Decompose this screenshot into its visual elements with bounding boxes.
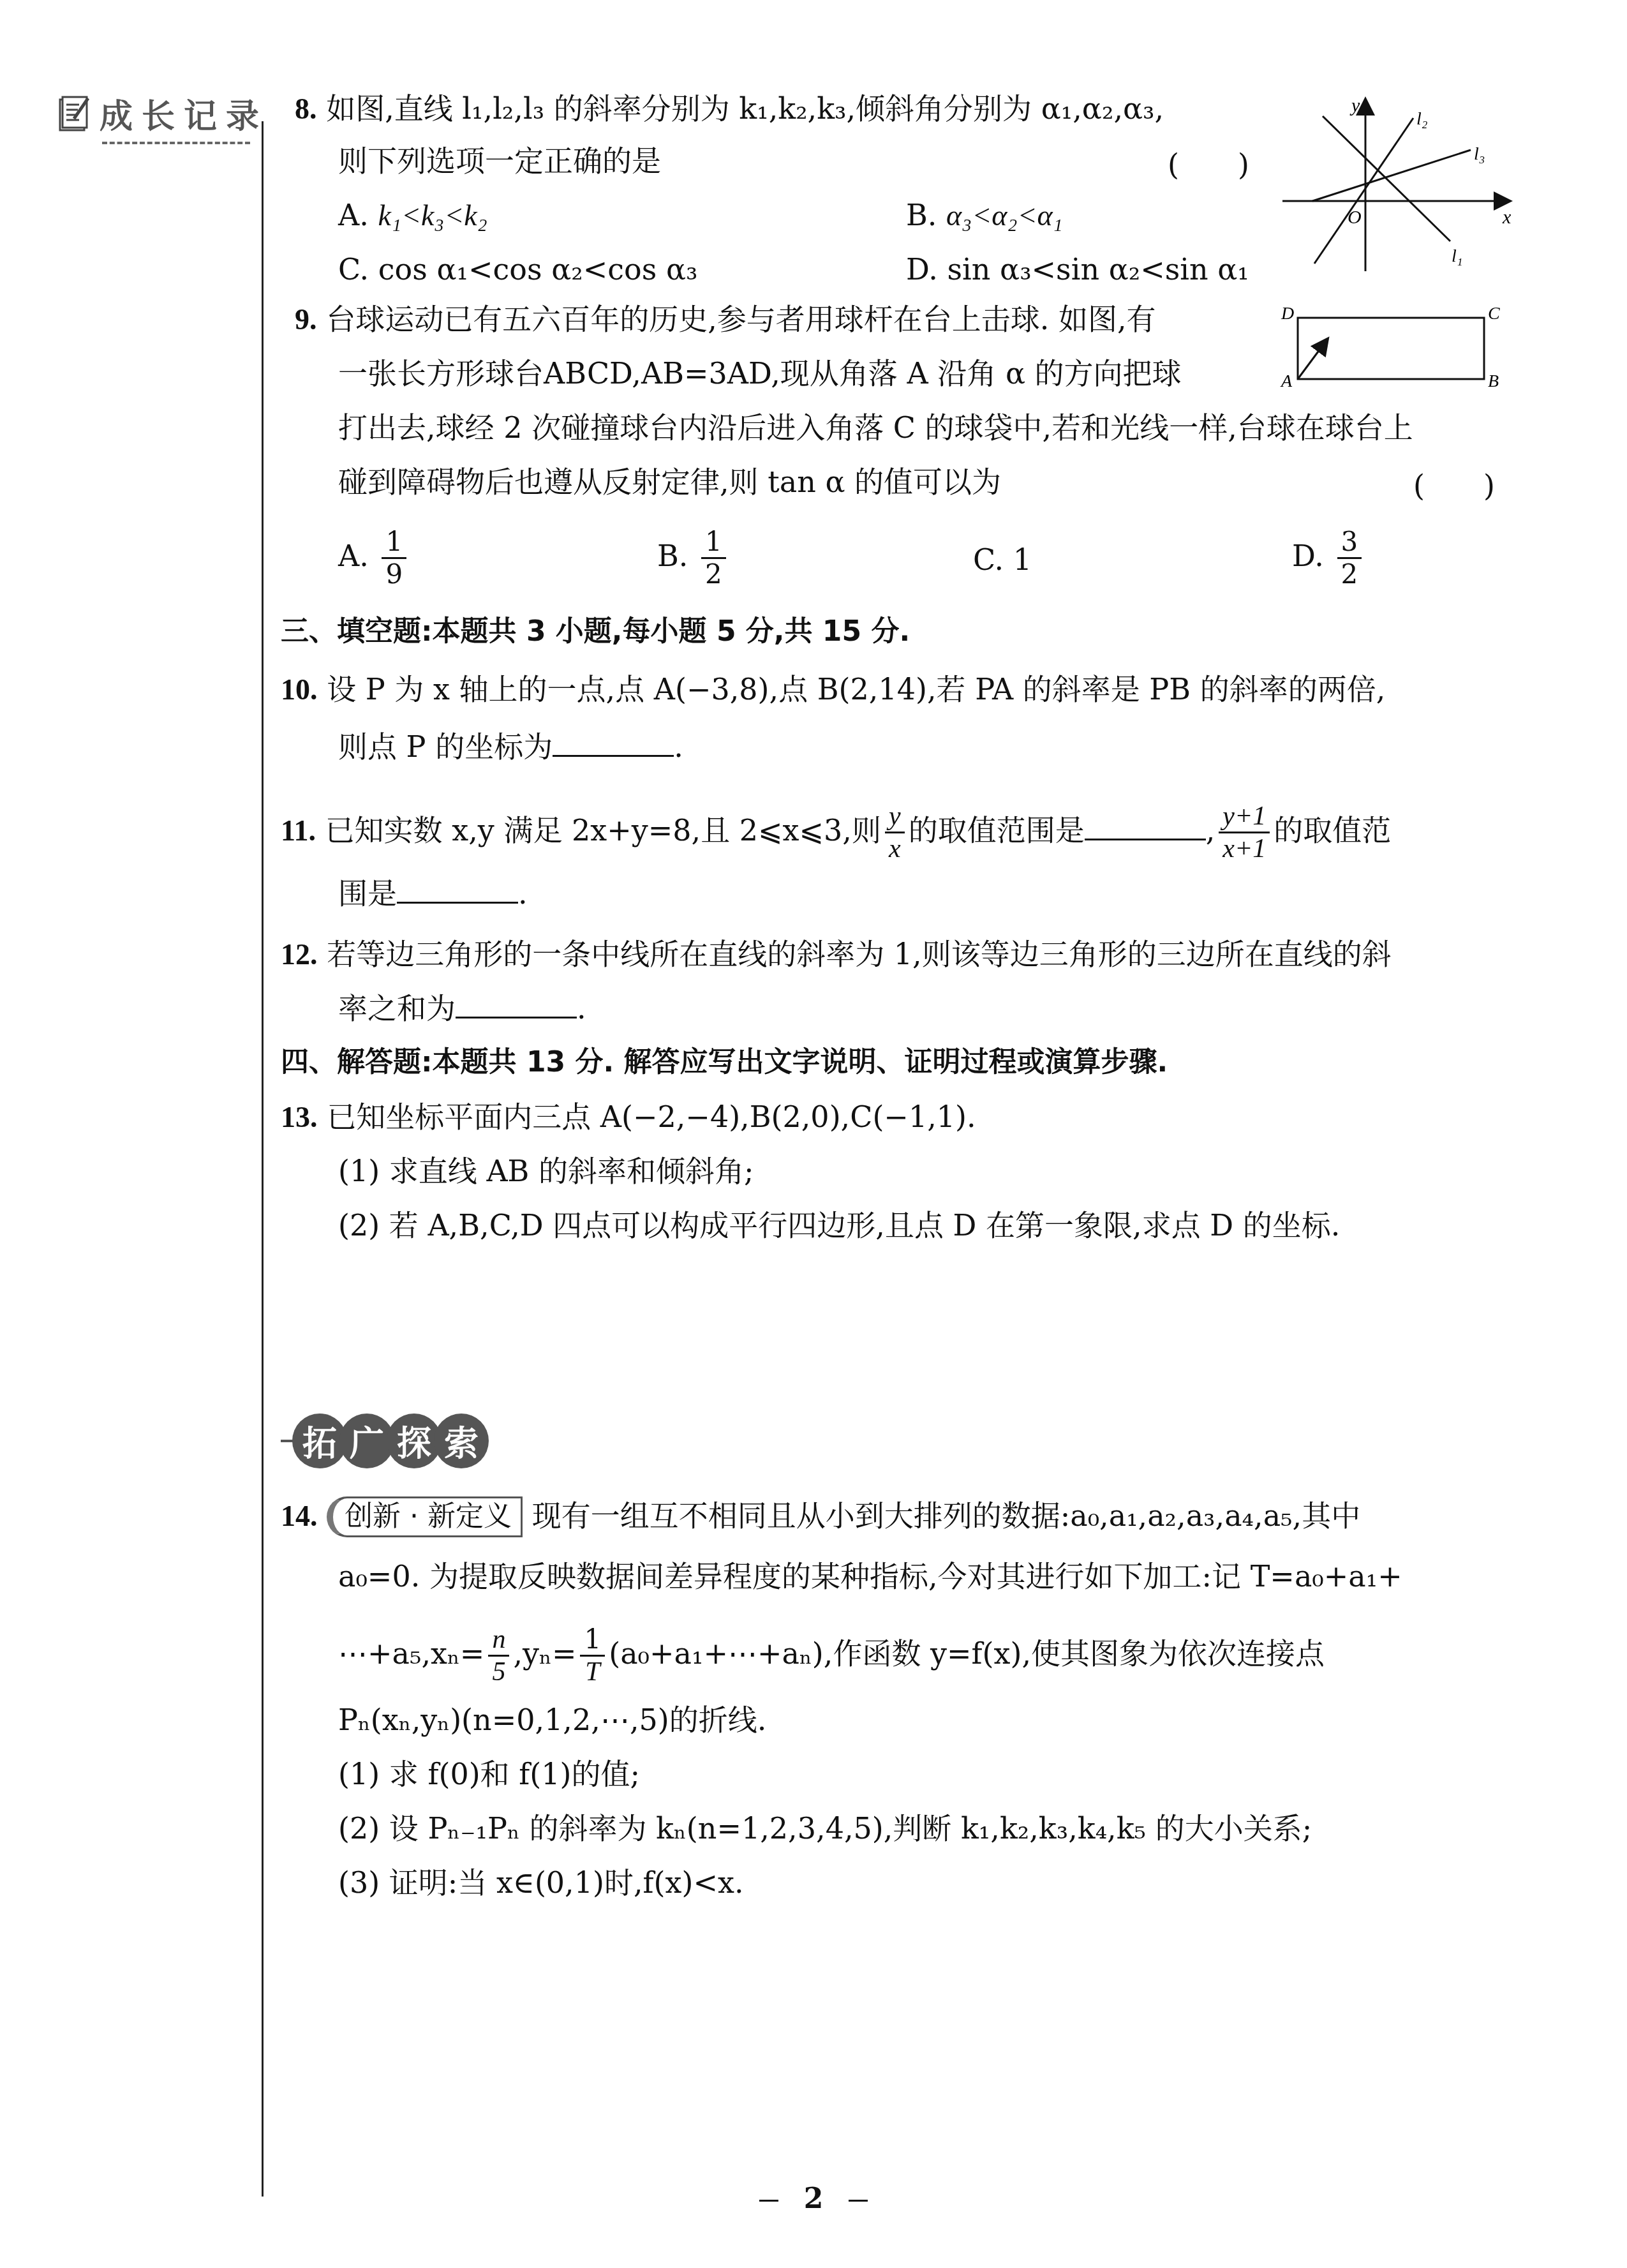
slope-lines-figure: y x O l₁ l₂ l₃ <box>1282 93 1525 278</box>
option-b: B. 12 <box>657 526 730 590</box>
x-label: x <box>1502 207 1512 228</box>
table-rect <box>1298 318 1484 379</box>
answer-blank-1[interactable] <box>1085 813 1206 840</box>
option-d: D. sin α₃<sin α₂<sin α₁ <box>906 252 1249 287</box>
l1-label: l₁ <box>1452 246 1463 266</box>
corner-c-label: C <box>1488 304 1500 324</box>
question-14-line-1: 14. 创新 · 新定义 现有一组互不相同且从小到大排列的数据:a₀,a₁,a₂… <box>281 1496 1360 1537</box>
question-text: 如图,直线 l₁,l₂,l₃ 的斜率分别为 k₁,k₂,k₃,倾斜角分别为 α₁… <box>326 91 1164 126</box>
section-heading-fill-in: 三、填空题:本题共 3 小题,每小题 5 分,共 15 分. <box>281 613 910 651</box>
corner-d-label: D <box>1281 304 1294 324</box>
line-l3 <box>1312 150 1471 201</box>
option-b: B. α₃<α₂<α₁ <box>906 198 1063 232</box>
option-a: A. 19 <box>338 526 410 590</box>
question-13-part-1: (1) 求直线 AB 的斜率和倾斜角; <box>338 1152 754 1190</box>
sidebar-title: 成长记录 <box>100 89 268 137</box>
answer-blank[interactable] <box>553 729 674 757</box>
answer-blank[interactable] <box>456 991 577 1018</box>
option-c: C. 1 <box>973 542 1032 577</box>
question-14-line-2: a₀=0. 为提取反映数据间差异程度的某种指标,今对其进行如下加工:记 T=a₀… <box>338 1557 1402 1595</box>
question-14-part-1: (1) 求 f(0)和 f(1)的值; <box>338 1755 640 1793</box>
answer-parentheses[interactable]: ( ) <box>1413 463 1495 505</box>
l3-label: l₃ <box>1474 144 1485 164</box>
corner-a-label: A <box>1280 371 1293 389</box>
section-banner-extension: 拓 广 探 索 <box>281 1414 489 1468</box>
option-a: A. k₁<k₃<k₂ <box>338 198 487 232</box>
section-heading-solutions: 四、解答题:本题共 13 分. 解答应写出文字说明、证明过程或演算步骤. <box>281 1043 1168 1082</box>
sidebar-header: 成长记录 <box>57 89 268 137</box>
origin-label: O <box>1348 207 1362 228</box>
option-d: D. 32 <box>1292 526 1365 590</box>
option-c: C. cos α₁<cos α₂<cos α₃ <box>338 252 697 287</box>
question-9-line-4: 碰到障碍物后也遵从反射定律,则 tan α 的值可以为 <box>338 463 1001 501</box>
question-9-line-2: 一张长方形球台ABCD,AB=3AD,现从角落 A 沿角 α 的方向把球 <box>338 354 1182 392</box>
question-14-part-3: (3) 证明:当 x∈(0,1)时,f(x)<x. <box>338 1863 744 1902</box>
question-14-part-2: (2) 设 Pₙ₋₁Pₙ 的斜率为 kₙ(n=1,2,3,4,5),判断 k₁,… <box>338 1809 1312 1847</box>
question-11-line-1: 11. 已知实数 x,y 满足 2x+y=8,且 2⩽x⩽3,则yx的取值范围是… <box>281 801 1391 864</box>
question-9-line-3: 打出去,球经 2 次碰撞球台内沿后进入角落 C 的球袋中,若和光线一样,台球在球… <box>338 408 1413 447</box>
corner-b-label: B <box>1488 371 1499 389</box>
sidebar-title-underline <box>102 142 250 144</box>
question-12-line-1: 12. 若等边三角形的一条中线所在直线的斜率为 1,则该等边三角形的三边所在直线… <box>281 935 1392 974</box>
question-13-line-1: 13. 已知坐标平面内三点 A(−2,−4),B(2,0),C(−1,1). <box>281 1098 976 1137</box>
question-10-line-1: 10. 设 P 为 x 轴上的一点,点 A(−3,8),点 B(2,14),若 … <box>281 670 1385 709</box>
question-11-line-2: 围是. <box>338 874 528 913</box>
question-number: 8. <box>295 93 317 125</box>
answer-blank-2[interactable] <box>397 876 518 904</box>
l2-label: l₂ <box>1416 109 1428 129</box>
question-10-line-2: 则点 P 的坐标为. <box>338 727 683 766</box>
shot-arrow <box>1298 339 1327 379</box>
notebook-pencil-icon <box>57 94 96 133</box>
question-12-line-2: 率之和为. <box>338 989 586 1027</box>
page-number: 2 <box>0 2182 1627 2215</box>
innovation-tag: 创新 · 新定义 <box>327 1496 523 1537</box>
billiard-table-figure: D C A B <box>1276 300 1519 389</box>
y-label: y <box>1349 95 1360 116</box>
question-8-line-1: 8. 如图,直线 l₁,l₂,l₃ 的斜率分别为 k₁,k₂,k₃,倾斜角分别为… <box>295 89 1164 128</box>
question-text: 台球运动已有五六百年的历史,参与者用球杆在台上击球. 如图,有 <box>326 302 1156 336</box>
question-number: 9. <box>295 303 317 336</box>
question-13-part-2: (2) 若 A,B,C,D 四点可以构成平行四边形,且点 D 在第一象限,求点 … <box>338 1206 1340 1244</box>
question-14-line-4: Pₙ(xₙ,yₙ)(n=0,1,2,⋯,5)的折线. <box>338 1701 766 1739</box>
question-9-line-1: 9. 台球运动已有五六百年的历史,参与者用球杆在台上击球. 如图,有 <box>295 300 1156 339</box>
question-14-line-3: ⋯+a₅,xₙ=n5,yₙ=1T(a₀+a₁+⋯+aₙ),作函数 y=f(x),… <box>338 1624 1325 1687</box>
answer-parentheses[interactable]: ( ) <box>1168 142 1249 184</box>
question-8-line-2: 则下列选项一定正确的是 <box>338 142 661 180</box>
sidebar-divider <box>262 121 264 2197</box>
